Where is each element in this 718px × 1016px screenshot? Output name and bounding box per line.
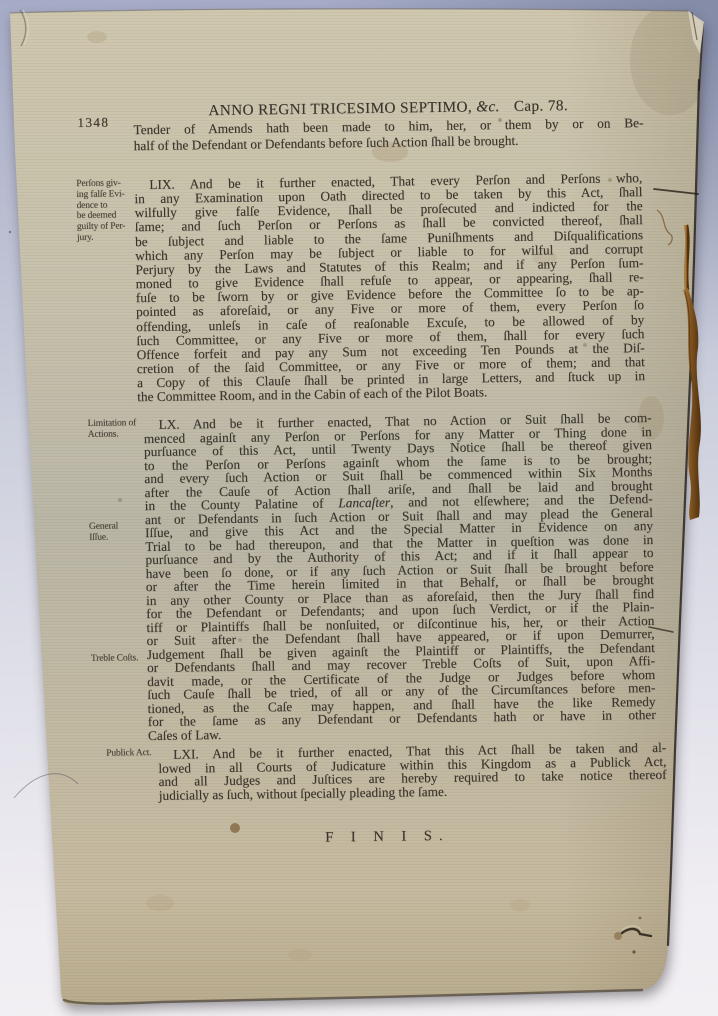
margin-note-line: Actions. [88, 429, 137, 440]
margin-note-line: guilty of Per- [77, 221, 126, 232]
margin-note-line: Iſſue. [89, 532, 118, 543]
margin-note-line: ing falſe Evi- [76, 189, 125, 200]
margin-note: GeneralIſſue. [89, 521, 118, 543]
section-body: LIX. And be it further enacted, That eve… [134, 171, 645, 405]
margin-note-line: Treble Coſts. [91, 653, 138, 664]
margin-notes: Publick Act. [84, 748, 148, 749]
section-body: LXI. And be it further enacted, That thi… [158, 741, 667, 802]
margin-note: Limitation ofActions. [88, 418, 137, 440]
header-title: ANNO REGNI TRICESIMO SEPTIMO, &c. [208, 98, 500, 119]
act-section-LIX: Perſons giv-ing falſe Evi-dence tobe dee… [76, 171, 654, 406]
finis-text: F I N I S. [157, 826, 617, 849]
intro-paragraph: Tender of Amends hath been made to him, … [133, 115, 643, 154]
margin-note: Treble Coſts. [91, 653, 138, 664]
margin-notes: Limitation ofActions.GeneralIſſue.Treble… [80, 418, 144, 419]
act-section-LXI: Publick Act. LXI. And be it further enac… [84, 741, 660, 803]
margin-notes: Perſons giv-ing falſe Evi-dence tobe dee… [76, 178, 140, 179]
photo-background: 1348 ANNO REGNI TRICESIMO SEPTIMO, &c.Ca… [0, 0, 718, 1016]
header-chapter: Cap. 78. [514, 97, 568, 115]
section-body: LX. And be it further enacted, That no A… [144, 411, 656, 742]
margin-note-line: Publick Act. [106, 748, 151, 759]
margin-note-line: Limitation of [88, 418, 137, 429]
margin-note-line: General [89, 521, 118, 532]
margin-note-line: jury. [77, 232, 126, 243]
printed-page: 1348 ANNO REGNI TRICESIMO SEPTIMO, &c.Ca… [75, 87, 663, 1007]
margin-note-line: Perſons giv- [76, 178, 125, 189]
margin-note: Perſons giv-ing falſe Evi-dence tobe dee… [76, 178, 125, 243]
act-section-LX: Limitation ofActions.GeneralIſſue.Treble… [80, 411, 659, 743]
page-number: 1348 [77, 115, 109, 131]
margin-note: Publick Act. [106, 748, 151, 759]
